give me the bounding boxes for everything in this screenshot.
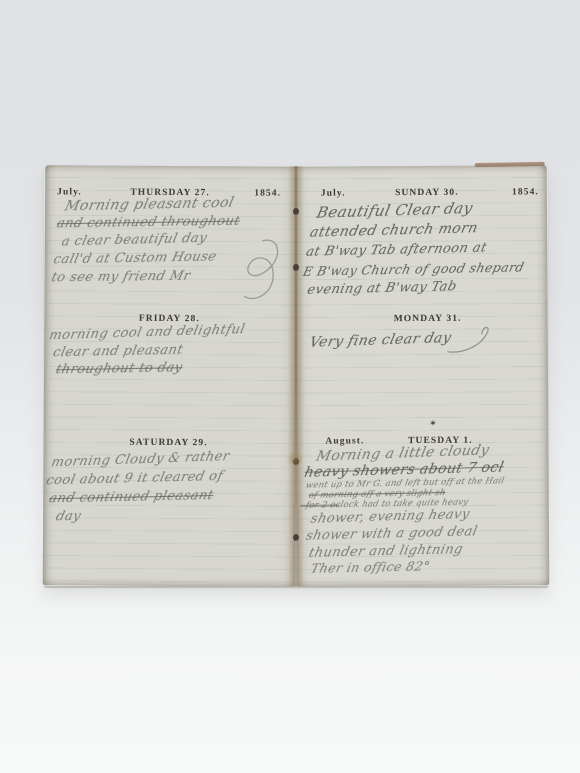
entry-line: Beautiful Clear day bbox=[315, 199, 475, 222]
binding-stitch bbox=[293, 208, 299, 215]
binding-stitch bbox=[293, 534, 299, 541]
diary-photograph: July. THURSDAY 27. 1854. Morning pleasan… bbox=[0, 0, 580, 773]
entry-line: morning cool and delightful bbox=[48, 322, 247, 343]
entry-line: day bbox=[54, 509, 82, 524]
entry-line: throughout to day bbox=[54, 360, 184, 377]
entry-line: cool about 9 it cleared of bbox=[45, 469, 225, 488]
diary-right-page: July. SUNDAY 30. 1854. Beautiful Clear d… bbox=[295, 165, 550, 587]
pencil-dash-mark bbox=[300, 505, 340, 507]
entry-line: a clear beautiful day bbox=[60, 231, 208, 250]
entry-line: E B'way Church of good shepard bbox=[302, 259, 526, 278]
entry-line: clear and pleasant bbox=[51, 342, 184, 360]
entry-line: Morning pleasant cool bbox=[63, 195, 235, 215]
entry-line: Ther in office 82° bbox=[309, 558, 431, 575]
year-label-left: 1854. bbox=[254, 189, 281, 199]
pencil-flourish bbox=[446, 324, 494, 358]
diary-left-page: July. THURSDAY 27. 1854. Morning pleasan… bbox=[43, 165, 298, 587]
day-header-saturday: SATURDAY 29. bbox=[44, 437, 294, 449]
entry-line: morning Cloudy & rather bbox=[50, 449, 231, 470]
binding-stitch bbox=[293, 264, 299, 271]
entry-line: thunder and lightning bbox=[307, 542, 464, 561]
entry-line: call'd at Custom House bbox=[52, 249, 218, 267]
binding-stain bbox=[287, 450, 303, 468]
day-header-friday: FRIDAY 28. bbox=[44, 313, 294, 325]
section-separator-mark: * bbox=[430, 420, 435, 431]
day-header-monday: MONDAY 31. bbox=[308, 313, 548, 324]
day-header-sunday: SUNDAY 30. bbox=[307, 187, 547, 198]
cover-edge bbox=[475, 162, 545, 167]
pencil-flourish bbox=[232, 236, 284, 306]
entry-line: and continued throughout bbox=[55, 214, 242, 232]
entry-line: attended church morn bbox=[308, 220, 479, 241]
entry-line: and continued pleasant bbox=[48, 488, 216, 506]
entry-line: shower with a good deal bbox=[304, 524, 479, 544]
year-label-right: 1854. bbox=[512, 187, 539, 197]
open-diary-book: July. THURSDAY 27. 1854. Morning pleasan… bbox=[44, 166, 548, 586]
entry-line: to see my friend Mr bbox=[50, 269, 192, 286]
entry-line: evening at B'way Tab bbox=[306, 279, 458, 298]
entry-line: at B'way Tab afternoon at bbox=[305, 240, 489, 259]
entry-line: Very fine clear day bbox=[308, 330, 453, 351]
